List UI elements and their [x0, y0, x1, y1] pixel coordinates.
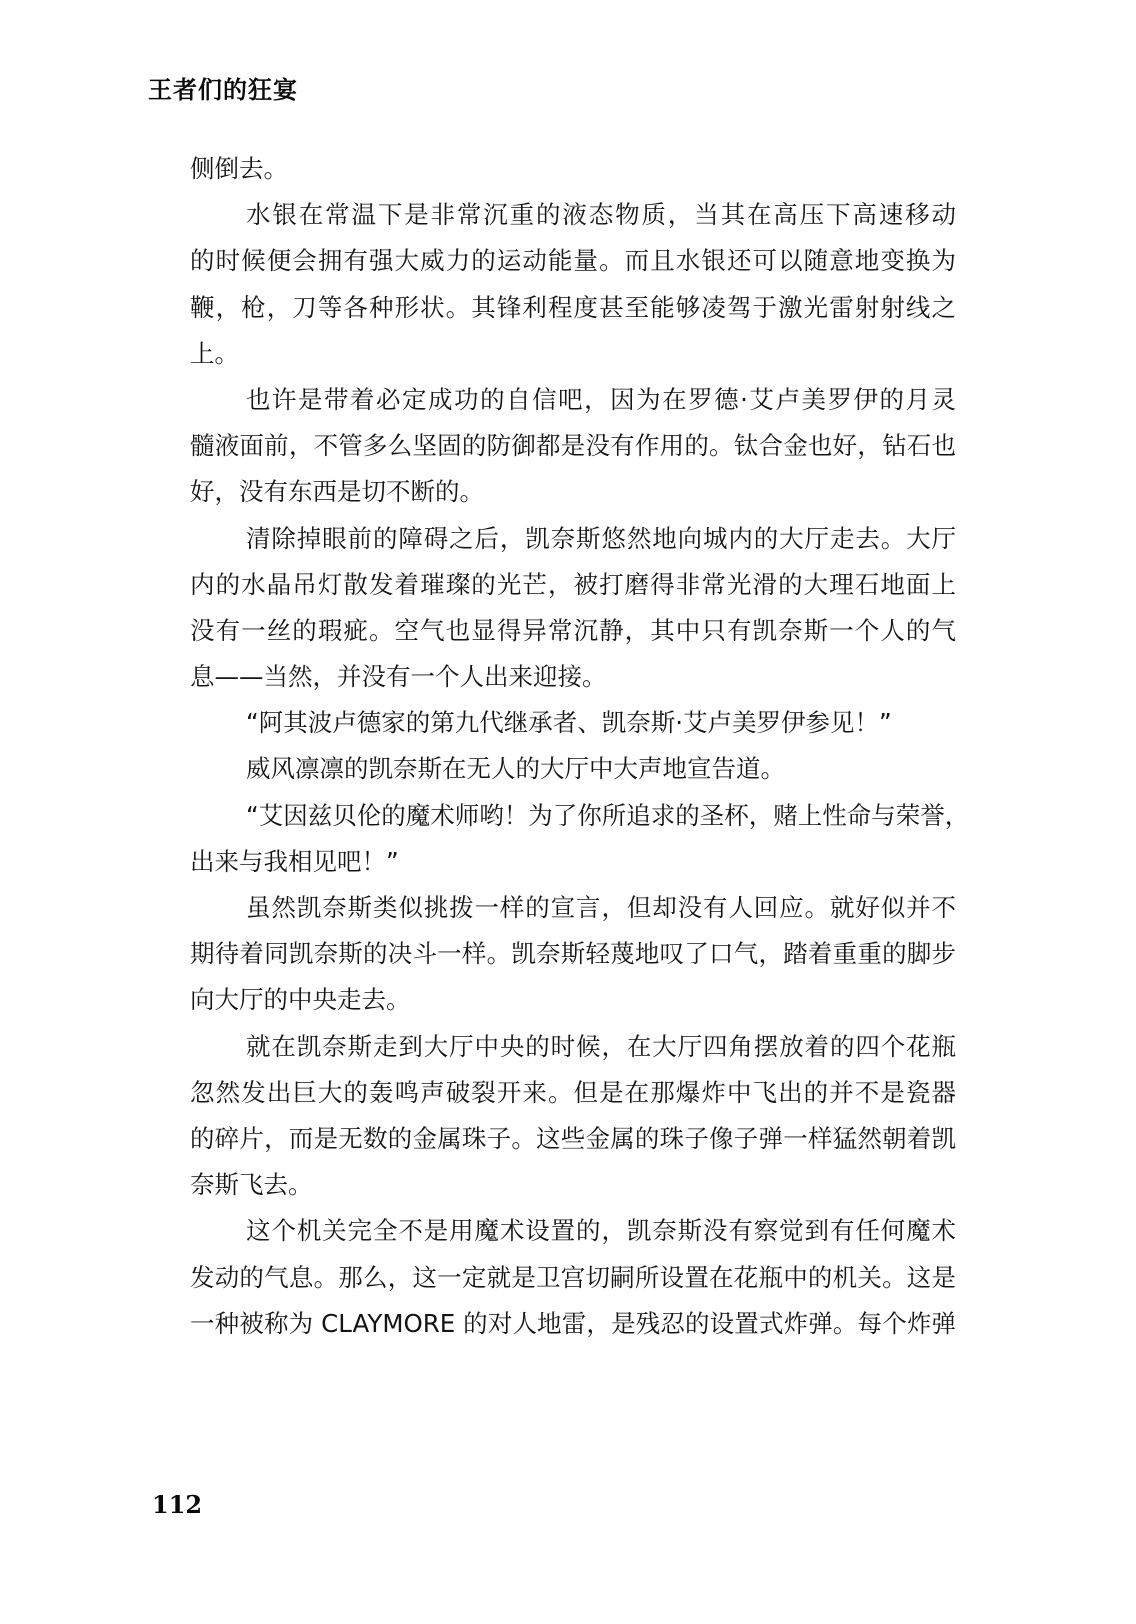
page-number: 112 — [152, 1490, 202, 1519]
text-line: 也许是带着必定成功的自信吧，因为在罗德·艾卢美罗伊的月灵 — [190, 377, 956, 423]
text-line: 侧倒去。 — [190, 146, 956, 192]
text-line: 奈斯飞去。 — [190, 1162, 956, 1208]
text-line: 的碎片，而是无数的金属珠子。这些金属的珠子像子弹一样猛然朝着凯 — [190, 1116, 956, 1162]
text-line: 息——当然，并没有一个人出来迎接。 — [190, 654, 956, 700]
text-line: “阿其波卢德家的第九代继承者、凯奈斯·艾卢美罗伊参见！” — [190, 700, 956, 746]
text-line: 期待着同凯奈斯的决斗一样。凯奈斯轻蔑地叹了口气，踏着重重的脚步 — [190, 931, 956, 977]
book-page: 王者们的狂宴 侧倒去。 水银在常温下是非常沉重的液态物质，当其在高压下高速移动 … — [0, 0, 1136, 1624]
text-line: 内的水晶吊灯散发着璀璨的光芒，被打磨得非常光滑的大理石地面上 — [190, 562, 956, 608]
text-line: 鞭，枪，刀等各种形状。其锋利程度甚至能够凌驾于激光雷射射线之 — [190, 285, 956, 331]
text-line: 髓液面前，不管多么坚固的防御都是没有作用的。钛合金也好，钻石也 — [190, 423, 956, 469]
text-line: 的时候便会拥有强大威力的运动能量。而且水银还可以随意地变换为 — [190, 238, 956, 284]
text-line: 水银在常温下是非常沉重的液态物质，当其在高压下高速移动 — [190, 192, 956, 238]
text-line: 向大厅的中央走去。 — [190, 977, 956, 1023]
text-line: 出来与我相见吧！” — [190, 839, 956, 885]
text-line: 虽然凯奈斯类似挑拨一样的宣言，但却没有人回应。就好似并不 — [190, 885, 956, 931]
text-line: 上。 — [190, 331, 956, 377]
text-line: 清除掉眼前的障碍之后，凯奈斯悠然地向城内的大厅走去。大厅 — [190, 516, 956, 562]
text-line: 威风凛凛的凯奈斯在无人的大厅中大声地宣告道。 — [190, 746, 956, 792]
text-line: 没有一丝的瑕疵。空气也显得异常沉静，其中只有凯奈斯一个人的气 — [190, 608, 956, 654]
text-line: 就在凯奈斯走到大厅中央的时候，在大厅四角摆放着的四个花瓶 — [190, 1024, 956, 1070]
text-line: “艾因兹贝伦的魔术师哟！为了你所追求的圣杯，赌上性命与荣誉， — [190, 793, 956, 839]
body-text: 侧倒去。 水银在常温下是非常沉重的液态物质，当其在高压下高速移动 的时候便会拥有… — [190, 146, 956, 1347]
text-line: 好，没有东西是切不断的。 — [190, 469, 956, 515]
text-line: 一种被称为 CLAYMORE 的对人地雷，是残忍的设置式炸弹。每个炸弹 — [190, 1301, 956, 1347]
text-line: 忽然发出巨大的轰鸣声破裂开来。但是在那爆炸中飞出的并不是瓷器 — [190, 1070, 956, 1116]
text-line: 这个机关完全不是用魔术设置的，凯奈斯没有察觉到有任何魔术 — [190, 1208, 956, 1254]
running-header-title: 王者们的狂宴 — [148, 70, 298, 105]
text-line: 发动的气息。那么，这一定就是卫宫切嗣所设置在花瓶中的机关。这是 — [190, 1255, 956, 1301]
